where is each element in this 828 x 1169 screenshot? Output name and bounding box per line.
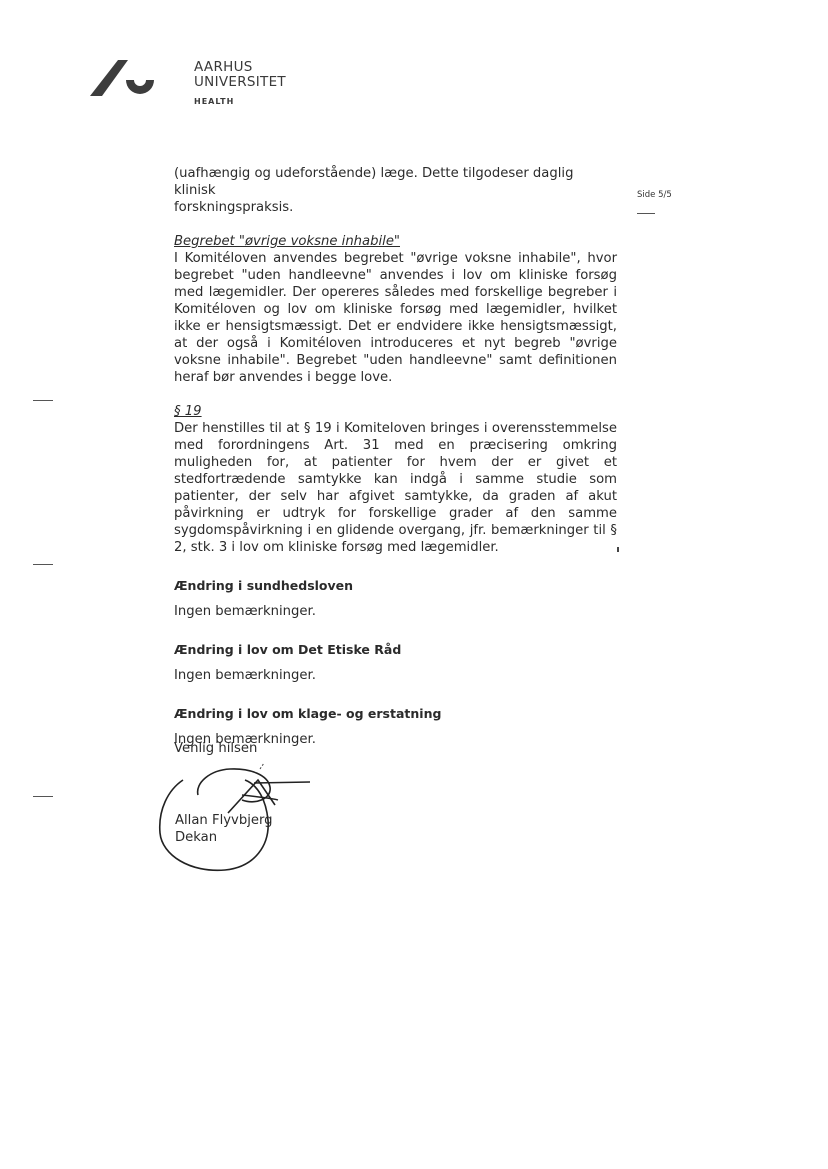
intro-line: (uafhængig og udeforstående) læge. Dette… — [174, 166, 573, 198]
section-heading: Begrebet "øvrige voksne inhabile" — [174, 233, 617, 250]
amendment-text: Ingen bemærkninger. — [174, 667, 617, 684]
letter-body: (uafhængig og udeforstående) læge. Dette… — [174, 165, 617, 748]
page-indicator-rule — [637, 213, 655, 214]
scan-artifact — [617, 547, 619, 552]
section-text: Der henstilles til at § 19 i Komiteloven… — [174, 420, 617, 556]
org-division: HEALTH — [194, 97, 394, 106]
signer-name: Allan Flyvbjerg — [175, 812, 273, 829]
intro-line: forskningspraksis. — [174, 200, 293, 215]
page-indicator: Side 5/5 — [637, 190, 672, 200]
section-text: I Komitéloven anvendes begrebet "øvrige … — [174, 250, 617, 386]
aarhus-university-logo-icon — [88, 58, 166, 98]
section-paragraph-19: § 19 Der henstilles til at § 19 i Komite… — [174, 403, 617, 556]
amendment-text: Ingen bemærkninger. — [174, 603, 617, 620]
amendment-heading: Ændring i lov om klage- og erstatning — [174, 705, 617, 722]
amendment-sundhedsloven: Ændring i sundhedsloven Ingen bemærkning… — [174, 577, 617, 620]
intro-paragraph: (uafhængig og udeforstående) læge. Dette… — [174, 165, 617, 216]
amendment-heading: Ændring i sundhedsloven — [174, 577, 617, 594]
fold-mark — [33, 564, 53, 565]
fold-mark — [33, 400, 53, 401]
signer-block: Allan Flyvbjerg Dekan — [175, 812, 273, 846]
section-inhabile: Begrebet "øvrige voksne inhabile" I Komi… — [174, 233, 617, 386]
signer-title: Dekan — [175, 829, 273, 846]
amendment-heading: Ændring i lov om Det Etiske Råd — [174, 641, 617, 658]
section-heading: § 19 — [174, 403, 617, 420]
amendment-etiske-raad: Ændring i lov om Det Etiske Råd Ingen be… — [174, 641, 617, 684]
org-name-line2: UNIVERSITET — [194, 75, 394, 90]
org-name-line1: AARHUS — [194, 60, 394, 75]
fold-mark — [33, 796, 53, 797]
